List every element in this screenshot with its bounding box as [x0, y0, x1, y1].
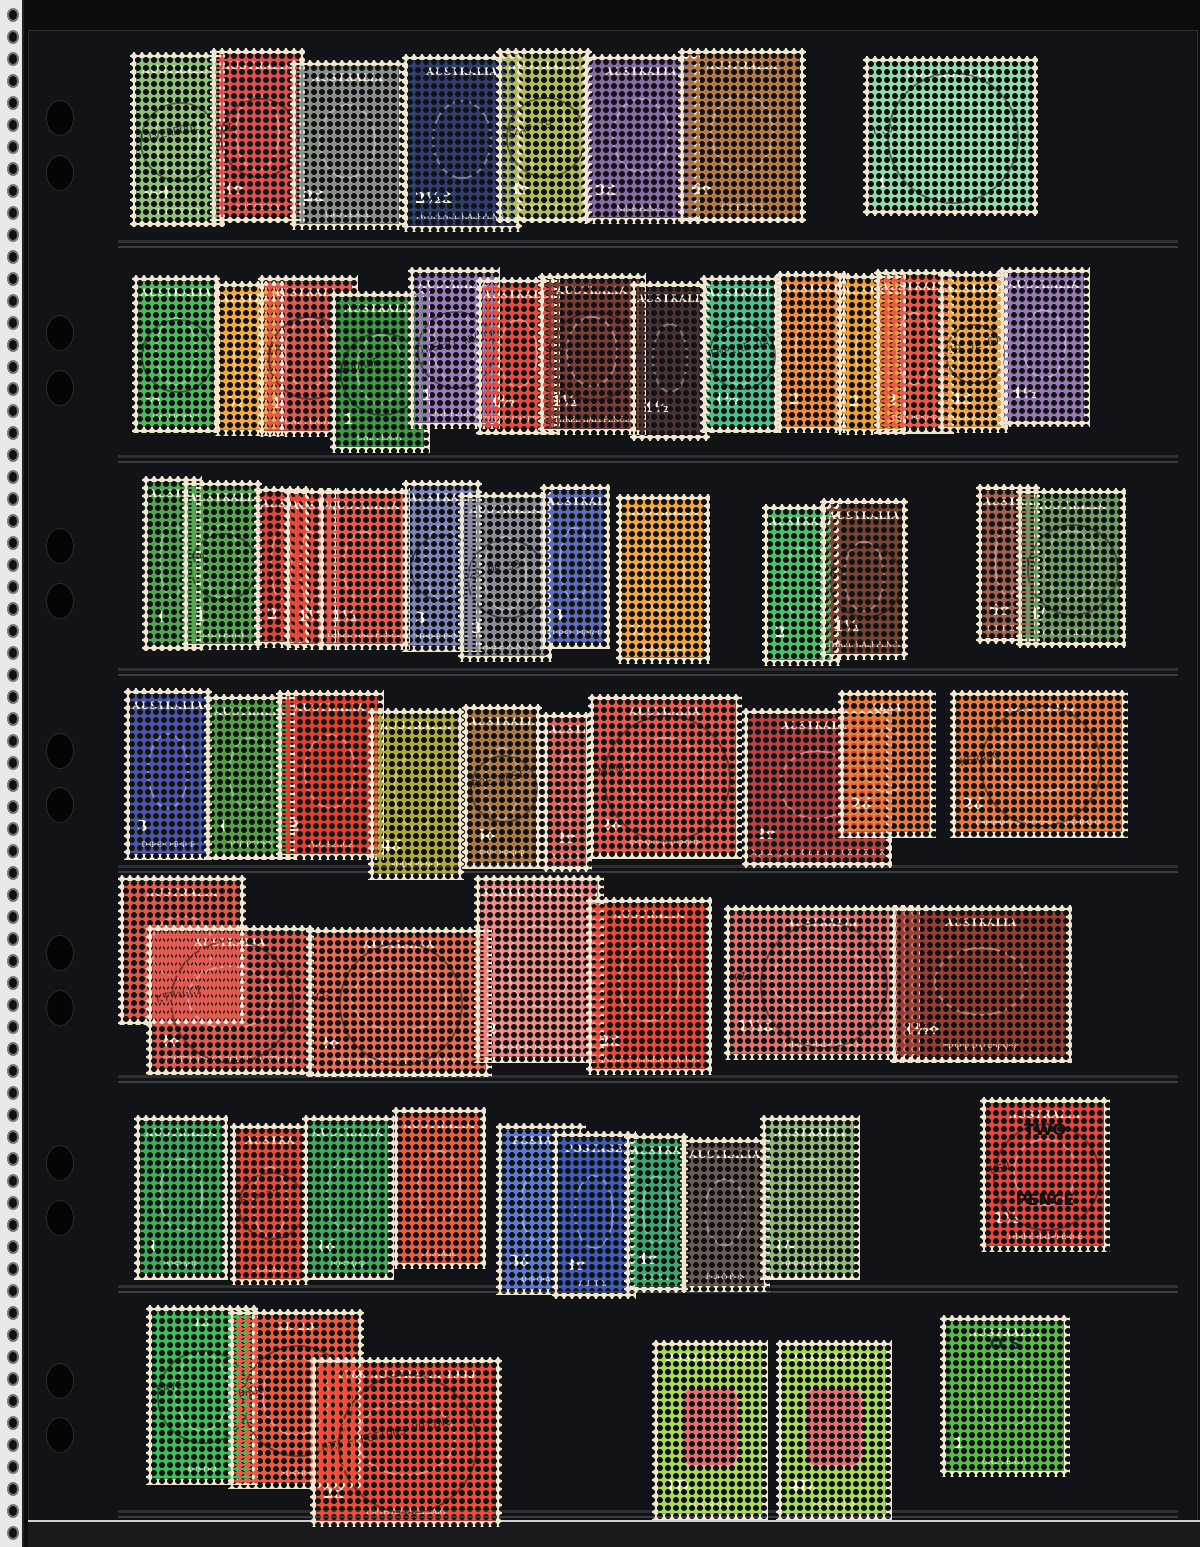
sheet-bottom-edge	[28, 1520, 1200, 1547]
stamp[interactable]: AUSTRALIA4½	[998, 267, 1090, 427]
portrait-frame	[771, 946, 873, 1014]
binder-hole	[7, 1130, 19, 1144]
stamp-legend: AUSTRALIA	[1023, 501, 1119, 512]
sheet-margin	[36, 60, 116, 1510]
stamp-legend: POSTAGE DUE	[783, 1353, 885, 1364]
stamp-legend: AUSTRALIA	[595, 707, 735, 718]
portrait-frame	[710, 94, 774, 171]
punch-hole	[46, 1363, 74, 1399]
binder-hole	[7, 1196, 19, 1210]
binder-hole	[7, 404, 19, 418]
binder-hole	[7, 8, 19, 22]
binder-hole	[7, 360, 19, 374]
binder-hole	[7, 712, 19, 726]
stamp-denomination: 4d	[637, 1250, 658, 1268]
portrait-frame	[1044, 530, 1098, 600]
portrait-frame	[393, 753, 439, 829]
binder-hole	[7, 74, 19, 88]
binder-hole	[7, 1416, 19, 1430]
stamp[interactable]: AUSTRALIA6dSIX PENCE	[678, 48, 806, 223]
stamp-face: AUSTRA4dPOSTA	[630, 1139, 682, 1287]
stamp-face: AUSTRALIA1/-ONE SHILLING	[766, 1121, 854, 1274]
stamp-legend: AUSTRALIA	[945, 284, 1001, 295]
stamp-caption: THREE HALFPENCE	[545, 416, 639, 424]
stamp-face: POSTAGE DUE1D.AUSTRALIA	[658, 1346, 762, 1514]
stamp-denomination: 2d	[159, 1032, 180, 1050]
stamp-caption: HALFPENNY	[139, 414, 213, 422]
stamp-denomination: 3d	[509, 180, 530, 198]
portrait-frame	[993, 729, 1085, 793]
stamp[interactable]: AUSTRALIA1/-ONE SHILLINGFF	[1016, 488, 1126, 648]
stamp-caption: THREE PENCE	[547, 630, 603, 638]
stamp-face: AUSTRALIAPOSTAGE	[398, 1113, 480, 1263]
binder-hole	[7, 448, 19, 462]
portrait-frame	[704, 1178, 747, 1246]
stamp-face: POSTAGE DUE1PENCE	[869, 62, 1032, 210]
punch-hole	[46, 733, 74, 769]
stamp[interactable]: POSTAGE DUE4D.AUSTRALIA	[776, 1340, 892, 1520]
stamp-denomination: ½d	[143, 184, 169, 202]
stamp-denomination: 1½	[551, 392, 577, 410]
stamp-caption: POSTAGE	[237, 1266, 303, 1274]
stamp-denomination: 1	[876, 173, 886, 191]
stamp-denomination: 2	[289, 817, 299, 835]
stamp-legend: AUSTRALIA	[283, 703, 377, 714]
stamp-face: AUSTRALIA1½	[636, 287, 704, 435]
stamp-denomination: 3d	[509, 1252, 530, 1270]
stamp-denomination: 3	[137, 817, 147, 835]
stamp-denomination: 2d	[303, 187, 324, 205]
punch-hole	[46, 1417, 74, 1453]
stamp-denomination: 2d	[555, 829, 576, 847]
stamp-caption: THREE PENCE	[503, 204, 585, 212]
portrait-frame	[351, 967, 447, 1032]
stamp-denomination: 1½	[643, 398, 669, 416]
stamp-denomination: 2	[789, 390, 799, 408]
stamp-denomination: 4½	[1011, 384, 1037, 402]
punch-hole	[46, 100, 74, 136]
stamp-legend: AUSTRALIA	[767, 1128, 853, 1139]
stamp-strip-6: AUSTRALIA1POSTAGEAUSTRAPOSTAGE6-P 27AUST…	[118, 1085, 1178, 1288]
stamp-denomination: 1	[421, 386, 431, 404]
stamp-face: AUSTRALIA1ONE PENNYO S	[946, 1321, 1064, 1471]
stamp-strip-3: AUSTRALIA1AUSTRALIA1ONE PENNYEAAUSTRALIA…	[118, 468, 1178, 671]
stamp-face: AUSTRALIA½HALFPENNY	[138, 281, 214, 427]
stamp[interactable]: AUSTRALIA2dCENTENARY OF SOUTH AUSTRALIAN…	[146, 925, 314, 1075]
binder-hole	[7, 1526, 19, 1540]
stamp-legend: AUSTRALIA	[593, 910, 705, 921]
punch-hole	[46, 370, 74, 406]
binder-hole	[7, 910, 19, 924]
stamp-denomination: 4D.	[789, 1477, 817, 1495]
stamp-legend: POSTAGE	[559, 1144, 629, 1155]
stamp-caption: FOUR PENCE	[375, 861, 457, 869]
stamp-legend: AUSTRALIA	[375, 721, 457, 732]
stamp-legend: POSTAGE DUE	[870, 69, 1031, 80]
binder-hole	[7, 1020, 19, 1034]
punch-hole	[46, 528, 74, 564]
stamp[interactable]: AUSTRALIA3THREE PENCE29 MR 33	[458, 492, 552, 662]
stamp-face: AUSTRALIA1½dTHREE HALF PENCE	[730, 911, 914, 1054]
stamp[interactable]: AUSTRALIA2d1936 COMMUNICATION TASMANIAGG	[306, 927, 492, 1077]
stamp-legend: AUSTRALIA	[125, 888, 239, 899]
stamp-denomination: 1½	[833, 617, 859, 635]
stamp[interactable]: 18342d	[838, 690, 936, 838]
binder-hole	[7, 888, 19, 902]
stamp[interactable]: AUSTRA4dPOSTA	[624, 1133, 688, 1293]
stamp-strip-4: AUSTRALIA3THREE PENCEAUSTRALIA1ONE PENNY…	[118, 680, 1178, 868]
stamp[interactable]: AUSTRALIA2dSYDNEY HARBOURNUMB	[588, 694, 742, 859]
stamp-caption: POSTA	[631, 1274, 681, 1282]
binder-hole	[7, 800, 19, 814]
overprint-text: PENCE	[987, 1190, 1103, 1209]
stamp-face: AUSTRALIA½HALFPENNY	[622, 500, 704, 658]
stamp-caption: ONE SHILLING	[1023, 629, 1119, 637]
portrait-frame	[252, 1166, 289, 1237]
stamp-denomination: 1½	[489, 392, 515, 410]
binder-edge	[0, 0, 24, 1547]
binder-hole	[7, 30, 19, 44]
stamp-legend: AUSTRALIA	[139, 288, 213, 299]
portrait-frame	[652, 323, 689, 393]
stamp[interactable]: AUSTRALIA1½EMPIRE DAY	[700, 275, 780, 433]
stamp-legend: AUSTRALIA	[313, 940, 485, 951]
stamp-denomination: 3	[471, 619, 481, 637]
stamp-face: AUSTRALIA3THREE PENCE	[130, 694, 206, 854]
stamp-denomination: 3	[415, 609, 425, 627]
stamp-caption: SYDNEY HARBOUR	[595, 840, 735, 848]
stamp-caption: POSTAGE	[309, 1261, 387, 1269]
stamp[interactable]: AUSTRALIA4dFOUR PENCE	[368, 708, 464, 880]
portrait-frame	[319, 104, 376, 179]
binder-hole	[7, 558, 19, 572]
stamp-caption: SIX PENCE	[685, 204, 799, 212]
stamp-denomination: 1	[953, 1434, 963, 1452]
stamp-legend: AUSTRALIA	[469, 717, 535, 728]
portrait-frame	[159, 1158, 204, 1231]
stamp-denomination: 4d	[951, 390, 972, 408]
binder-hole	[7, 1064, 19, 1078]
punch-hole	[46, 583, 74, 619]
stamp-caption: TWO PENCE	[297, 211, 398, 219]
stamp[interactable]: AUSTRALIA3THREE PENCE	[540, 484, 610, 649]
stamp-face: POSTAGE3dAUSTRA	[558, 1137, 630, 1293]
stamp-face: AUSTRALIA4dFOUR PENCE	[944, 277, 1002, 427]
stamp-legend: AUSTRALIA	[545, 286, 639, 297]
stamp[interactable]: POSTAGE DUE1PENCEC.O.	[863, 56, 1038, 216]
stamp-legend: AUSTRALIA	[685, 61, 799, 72]
stamp[interactable]: 1834 · 19342dCentenary of Victoria · AUS…	[950, 690, 1128, 838]
binder-hole	[7, 338, 19, 352]
stamp-denomination: 1	[147, 1237, 157, 1255]
stamp-face: AUSTRALIA2dANZAC COMMEMORATION	[592, 903, 706, 1069]
portrait-frame	[155, 98, 200, 175]
stamp-legend: AUSTRALIA	[137, 65, 218, 76]
stamp-caption: Centenary of Victoria · AUSTRALIA	[957, 819, 1121, 827]
stamp-legend: AUSTRALIA	[783, 284, 839, 295]
stamp-face: AUSTRALIA1½THREE HALFPENCE	[324, 494, 404, 644]
binder-hole	[7, 294, 19, 308]
stamp-face: AUSTRALIA1½THREE HALFPENCETWOPENCE	[986, 1103, 1104, 1246]
portrait-frame	[304, 734, 357, 809]
stamp[interactable]: AUSTRALIA2dPOSTAGE	[542, 712, 592, 872]
stamp-denomination: 2½d	[415, 189, 452, 207]
portrait-frame	[566, 316, 619, 387]
stamp-denomination: 1/-	[1029, 605, 1051, 623]
stamp-face: AUSTRALIA1½	[706, 281, 774, 427]
stamp[interactable]: AUSTRALIA1½dTHREE HALFPENCE	[890, 905, 1072, 1063]
stamp-denomination: 2d	[755, 825, 776, 843]
stamp-caption: FIVE PENCE	[469, 850, 535, 858]
stamp-legend: AUSTRALIA	[623, 507, 703, 518]
portrait-frame	[326, 1158, 370, 1231]
stamp-legend: AUSTRALIA	[189, 493, 255, 504]
portrait-frame	[484, 747, 521, 820]
binder-hole	[7, 1306, 19, 1320]
binder-hole	[7, 602, 19, 616]
stamp-denomination: ½	[629, 621, 645, 639]
stamp[interactable]: SILVER JUBILEE · KING GEORGE V2AUSTRALIA…	[474, 875, 604, 1063]
stamp-face: AUSTRALIA4dFOUR PENCE	[374, 714, 458, 874]
binder-hole	[7, 96, 19, 110]
stamp-caption: AUSTRALIA	[783, 1501, 885, 1509]
stamp-caption: ONE PENNY	[217, 204, 298, 212]
stamp-denomination: ½	[145, 390, 161, 408]
portrait-frame	[284, 318, 332, 389]
stamp[interactable]: POSTAGE DUE1D.AUSTRALIA	[652, 1340, 768, 1520]
punch-hole	[46, 1200, 74, 1236]
stamp-denomination: 2d	[319, 1034, 340, 1052]
binder-hole	[7, 536, 19, 550]
stamp-denomination: 9d	[595, 181, 616, 199]
stamp-caption: PLATYPUS	[687, 1273, 763, 1281]
binder-hole	[7, 1372, 19, 1386]
stamp[interactable]: AUSTRALIA1ONE PENNYO S	[940, 1315, 1070, 1477]
stamp[interactable]: AUSTRALIA1POSTAGE	[134, 1115, 228, 1280]
portrait-frame	[1022, 309, 1066, 379]
stamp-legend: AUSTRALIA	[731, 918, 913, 929]
portrait-frame	[187, 965, 273, 1030]
stamp-legend: AUSTRALIA	[131, 701, 205, 712]
stamp-denomination: 2	[487, 1020, 497, 1038]
binder-hole	[7, 118, 19, 132]
portrait-frame	[973, 1358, 1038, 1429]
portrait-frame	[147, 733, 188, 809]
stamp-denomination: 4d	[381, 837, 402, 855]
stamp-legend: AUSTRALIA	[549, 725, 585, 736]
stamp-denomination: 5d	[475, 826, 496, 844]
stamp[interactable]: AUSTRALIA1½THREE HALFPENCETWOPENCEKEN	[980, 1097, 1110, 1252]
stamp-legend: AUSTRALIA	[897, 918, 1065, 929]
stamp-caption: AUSTRALIA	[659, 1501, 761, 1509]
stamp-legend: POSTAGE DUE	[659, 1353, 761, 1364]
portrait-frame	[498, 319, 537, 388]
binder-hole	[7, 1328, 19, 1342]
stamp-strip-7: 1DAUSTRASAVE2D 2DAUSTRAERBO1788 AUSTRALI…	[118, 1295, 1178, 1513]
stamp-caption: THREE PENCE	[465, 643, 545, 651]
binder-hole	[7, 756, 19, 770]
binder-hole	[7, 844, 19, 858]
portrait-frame	[574, 1175, 613, 1249]
stamp-denomination: 1	[343, 410, 353, 428]
stamp-caption: POSTAGE	[141, 1261, 221, 1269]
stamp-caption: 150TH ANNIVERSARY	[317, 1508, 495, 1516]
portrait-frame	[342, 531, 386, 602]
binder-hole	[7, 316, 19, 330]
stamp-legend: 1834 · 1934	[957, 703, 1121, 714]
stamp-caption: PENCE	[870, 197, 1031, 205]
binder-hole	[7, 1394, 19, 1408]
stamp-legend: AUSTRALIA	[547, 497, 603, 508]
portrait-frame	[805, 1387, 862, 1467]
stamp-legend: AUSTRA	[237, 1136, 303, 1147]
stamp[interactable]: AUSTRALIA2dTWO PENCE	[290, 60, 405, 230]
binder-hole	[7, 272, 19, 286]
portrait-frame	[905, 98, 995, 168]
stamp[interactable]: AUSTRALIA2dANZAC COMMEMORATION	[586, 897, 712, 1075]
stamp-legend: AUSTRALIA	[707, 288, 773, 299]
stamp-face: SILVER JUBILEE · KING GEORGE V2AUSTRALIA…	[480, 881, 598, 1057]
overprint-text: O S	[947, 1334, 1063, 1353]
stamp-strip-5: AUSTRALIAAUSTRALIA2dCENTENARY OF SOUTH A…	[118, 875, 1178, 1078]
stamp[interactable]: AUSTRALIA1½	[630, 281, 710, 441]
portrait-frame	[626, 737, 704, 810]
stamp-denomination: 2d	[601, 816, 622, 834]
portrait-frame	[641, 538, 686, 613]
binder-hole	[7, 822, 19, 836]
stamp-face: 1788 AUSTRALIA 19382d150TH ANNIVERSARY	[316, 1363, 496, 1521]
binder-hole	[7, 1460, 19, 1474]
stamp[interactable]: AUSTRALIA1½THREE HALFPENCENO	[820, 498, 908, 660]
stamp-face: POSTAGE DUE4D.AUSTRALIA	[782, 1346, 886, 1514]
stamp-caption: ONE PENNY	[189, 631, 255, 639]
binder-hole	[7, 954, 19, 968]
stamp-denomination: 2	[887, 391, 897, 409]
stamp[interactable]: AUSTRALIA3dTHREE PENCE12AP 19	[496, 48, 592, 223]
binder-hole	[7, 1504, 19, 1518]
stamp-caption: HALFPENNY	[137, 208, 218, 216]
stamp-legend: AUSTRALIA	[309, 1128, 387, 1139]
stamp[interactable]: AUSTRALIA1ONE PENNYEA	[182, 480, 262, 650]
stamp-face: AUSTRALIA3dTHREE PENCE	[502, 54, 586, 217]
stamp-caption: AUSTRA	[559, 1280, 629, 1288]
stamp[interactable]: AUSTRALIAPOSTAGE	[392, 1107, 486, 1269]
stamp-face: AUSTRALIAPLATYPUS	[686, 1143, 764, 1286]
stamp-legend: AUSTRALIA	[153, 938, 307, 949]
binder-hole	[7, 734, 19, 748]
stamp-caption: THREE HALF PENCE	[731, 1041, 913, 1049]
portrait-frame	[896, 312, 933, 385]
stamp-caption: THREE PENCE	[131, 841, 205, 849]
overprint-text: TWO	[987, 1120, 1103, 1139]
stamp-denomination: 2d	[963, 795, 984, 813]
portrait-frame	[612, 98, 670, 173]
stamp[interactable]: AUSTRALIA½HALFPENNY	[616, 494, 710, 664]
stamp[interactable]: AUSTRALIA5dFIVE PENCEROE WEST	[462, 704, 542, 869]
stamp-caption: Captain John Macarthur · CENTENARY	[749, 849, 885, 857]
stamp[interactable]: AUSTRALIA3THREE PENCE	[124, 688, 212, 860]
binder-hole	[7, 668, 19, 682]
stamp-face: AUSTRALIA3THREE PENCE	[464, 498, 546, 656]
portrait-frame	[722, 317, 759, 386]
stamp-denomination: ½	[227, 393, 243, 411]
portrait-frame	[235, 94, 280, 171]
stamp-legend: AUSTRALIA	[1005, 280, 1083, 291]
stamp-caption: ONE PENNY	[947, 1458, 1063, 1466]
stamp-legend: 1788 AUSTRALIA 1938	[317, 1370, 495, 1381]
binder-hole	[7, 976, 19, 990]
binder-hole	[7, 1240, 19, 1254]
binder-hole	[7, 1284, 19, 1298]
binder-hole	[7, 932, 19, 946]
stamp-legend: AUSTRALIA	[503, 61, 585, 72]
punch-hole	[46, 1145, 74, 1181]
stamp-face: AUSTRALIA2dCENTENARY OF SOUTH AUSTRALIA	[152, 931, 308, 1069]
stamp-caption: THREE HALFPENCE	[987, 1233, 1103, 1241]
binder-hole	[7, 140, 19, 154]
stamp-face: AUSTRALIA5dFIVE PENCE	[468, 710, 536, 863]
binder-hole	[7, 1438, 19, 1452]
stamp-legend: 1834	[845, 703, 929, 714]
portrait-frame	[786, 1158, 834, 1231]
stamp-legend: AUSTRALIA	[217, 61, 298, 72]
stamp-caption: ANZAC COMMEMORATION	[593, 1056, 705, 1064]
stamp-legend: AUSTRALIA	[297, 73, 398, 84]
stamp-caption: FOUR PENCE	[945, 414, 1001, 422]
portrait-frame	[356, 1401, 456, 1476]
stamp-legend: AUSTRALIA	[465, 505, 545, 516]
stamp[interactable]: AUSTRALIA1½THREE HALFPENCE	[318, 488, 410, 650]
stamp-legend: AUSTRALIA	[827, 511, 901, 522]
stamp-denomination: 1½	[713, 390, 739, 408]
binder-hole	[7, 778, 19, 792]
stamp[interactable]: AUSTRALIAPLATYPUS	[680, 1137, 770, 1292]
binder-hole	[7, 228, 19, 242]
stamp-legend: AUSTRALIA	[399, 1120, 479, 1131]
portrait-frame	[175, 1352, 230, 1432]
binder-hole	[7, 52, 19, 66]
binder-hole	[7, 580, 19, 594]
stamp[interactable]: AUSTRALIA1/-ONE SHILLING	[760, 1115, 860, 1280]
portrait-frame	[204, 524, 241, 599]
stamp-denomination: 1½d	[903, 1020, 940, 1038]
stamp[interactable]: AUSTRALIA½HALFPENNYM	[132, 275, 220, 433]
stamp-strip-2: AUSTRALIA½HALFPENNYMAUSTRALIA½AUSTRALIA1…	[118, 255, 1178, 458]
binder-hole	[7, 492, 19, 506]
stamp-face: 1834 · 19342dCentenary of Victoria · AUS…	[956, 696, 1122, 832]
punch-hole	[46, 315, 74, 351]
stamp[interactable]: AUSTRAPOSTAGE6-P 27	[230, 1123, 310, 1285]
stamp-face: AUSTRALIA1/-ONE SHILLING	[1022, 494, 1120, 642]
stamp-denomination: 2	[267, 605, 277, 623]
binder-hole	[7, 470, 19, 484]
stamp[interactable]: AUSTRALIA1dPOSTAGE	[302, 1115, 394, 1280]
punch-hole	[46, 935, 74, 971]
stamp-caption: AUSTRALIA POSTAGE	[481, 1044, 597, 1052]
stamp-denomination: 6d	[989, 601, 1010, 619]
stamp-legend: AUSTRALIA	[637, 294, 703, 305]
stamp-denomination: 2d	[851, 795, 872, 813]
stamp-denomination: 1½	[331, 607, 357, 625]
stamp-face: 18342d	[844, 696, 930, 832]
stamp-legend: AUSTRALIA	[141, 1128, 221, 1139]
stamp-face: AUSTRALIA3THREE PENCE	[546, 490, 604, 643]
stamp-face: AUSTRAPOSTAGE	[236, 1129, 304, 1279]
binder-hole	[7, 206, 19, 220]
stamp-caption: CENTENARY OF SOUTH AUSTRALIA	[153, 1056, 307, 1064]
stamp[interactable]: 1788 AUSTRALIA 19382d150TH ANNIVERSARYLT…	[310, 1357, 502, 1527]
binder-hole	[7, 1108, 19, 1122]
